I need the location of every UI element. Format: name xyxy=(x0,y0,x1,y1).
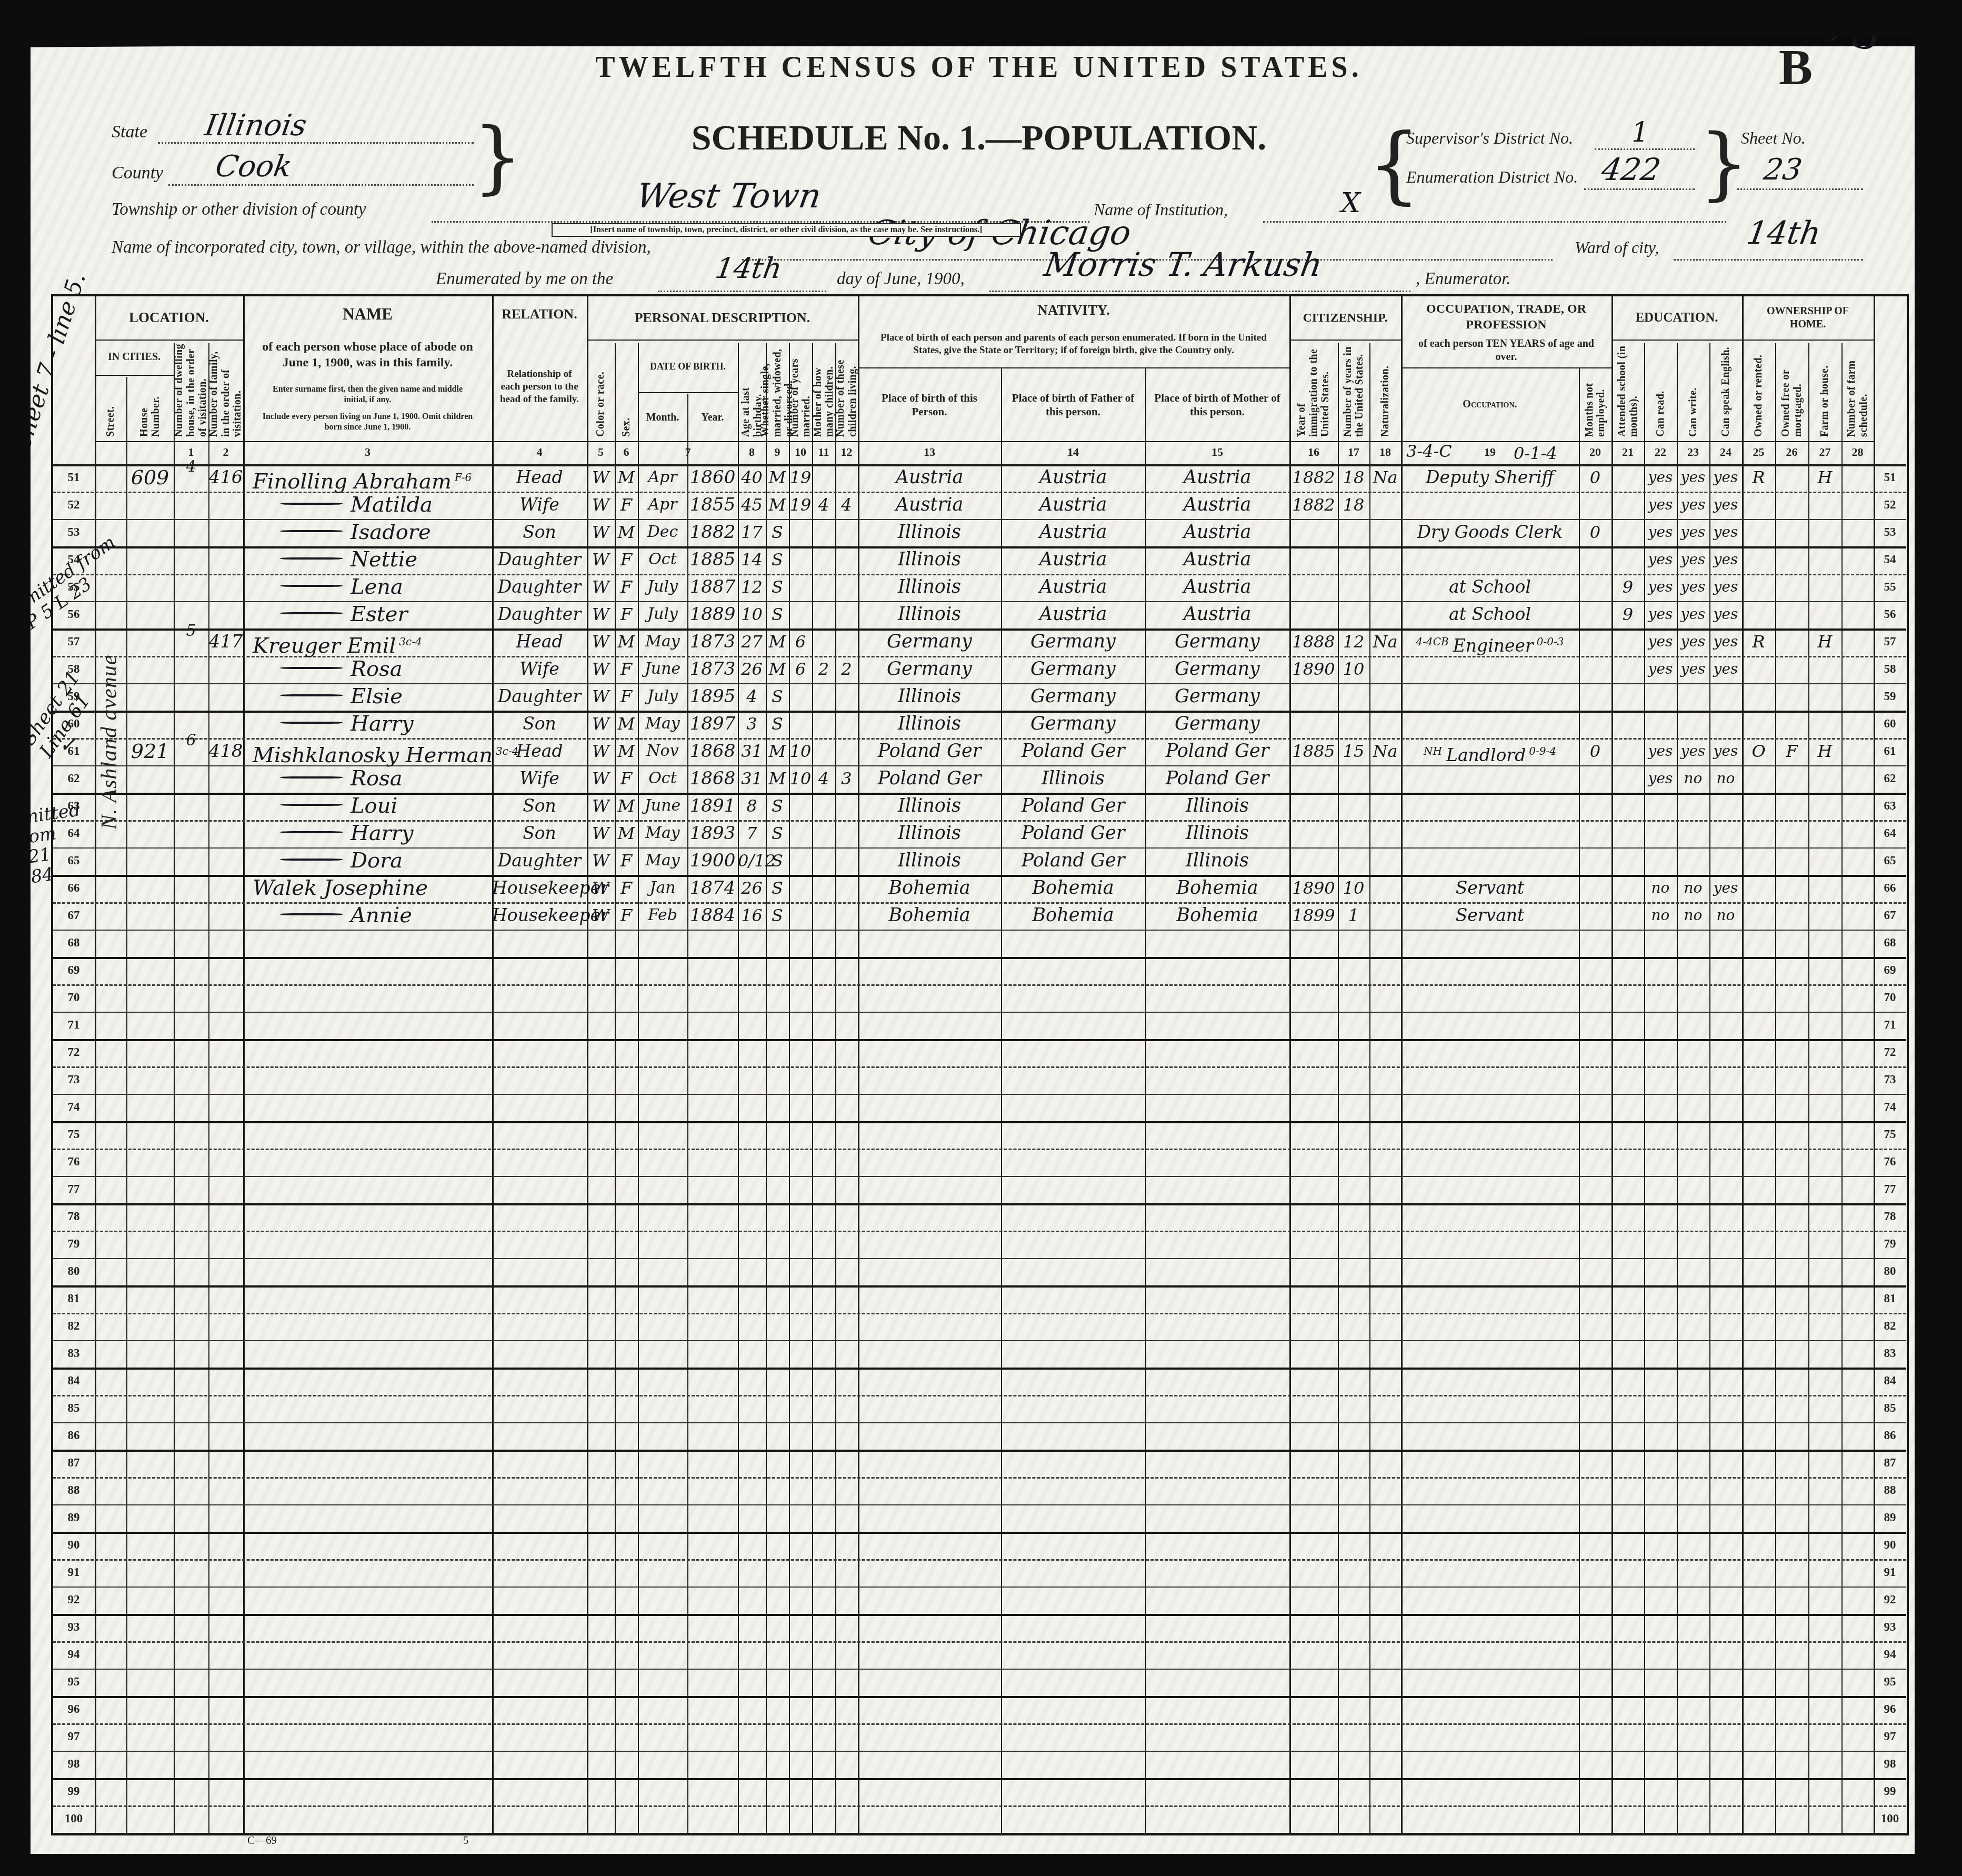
scan-edge-top xyxy=(0,0,1962,47)
cell-r58-age: 26 xyxy=(738,656,766,683)
cell-r65-color: W xyxy=(587,847,615,875)
cell-r64-relation: Son xyxy=(492,820,587,847)
cell-r67-name: Annie xyxy=(243,902,492,930)
cell-r63-pobf: Poland Ger xyxy=(1001,793,1145,820)
cell-r61-month: Nov xyxy=(638,738,687,765)
cell-r52-read: yes xyxy=(1644,492,1677,519)
ditto-mark xyxy=(280,585,343,587)
cell-r53-occ: Dry Goods Clerk xyxy=(1401,519,1579,546)
cell-r61-pob: Poland Ger xyxy=(858,738,1001,765)
cell-r59-year: 1895 xyxy=(687,683,738,711)
cell-r62-marital: M xyxy=(766,765,789,793)
ditto-mark xyxy=(280,694,343,696)
cell-r65-pob: Illinois xyxy=(858,847,1001,875)
cell-r66-english: yes xyxy=(1709,875,1742,902)
cell-r62-age: 31 xyxy=(738,765,766,793)
cell-r55-english: yes xyxy=(1709,574,1742,601)
scan-edge-right xyxy=(1915,0,1962,1876)
cell-r66-marital: S xyxy=(766,875,789,902)
cell-r56-year: 1889 xyxy=(687,601,738,628)
cell-r54-pobm: Austria xyxy=(1145,546,1289,574)
cell-r62-mother: 4 xyxy=(812,765,835,793)
cell-r66-name: Walek Josephine xyxy=(243,875,492,902)
supervisor-value: 1 xyxy=(1631,117,1649,148)
cell-r56-pob: Illinois xyxy=(858,601,1001,628)
cell-r55-month: July xyxy=(638,574,687,601)
cell-r58-name: Rosa xyxy=(243,656,492,683)
cell-r67-pob: Bohemia xyxy=(858,902,1001,930)
cell-r66-pobm: Bohemia xyxy=(1145,875,1289,902)
cell-r53-year: 1882 xyxy=(687,519,738,546)
cell-r62-living: 3 xyxy=(835,765,858,793)
cell-r56-month: July xyxy=(638,601,687,628)
cell-r65-pobm: Illinois xyxy=(1145,847,1289,875)
cell-r63-name: Loui xyxy=(243,793,492,820)
cell-r62-sex: F xyxy=(615,765,638,793)
cell-r55-year: 1887 xyxy=(687,574,738,601)
cell-r60-color: W xyxy=(587,711,615,738)
cell-r58-sex: F xyxy=(615,656,638,683)
cell-r53-age: 17 xyxy=(738,519,766,546)
cell-r66-read: no xyxy=(1644,875,1677,902)
cell-r51-relation: Head xyxy=(492,464,587,492)
cell-r52-age: 45 xyxy=(738,492,766,519)
cell-r52-month: Apr xyxy=(638,492,687,519)
cell-r51-pob: Austria xyxy=(858,464,1001,492)
cell-r56-read: yes xyxy=(1644,601,1677,628)
cell-r67-occ: Servant xyxy=(1401,902,1579,930)
cell-r59-sex: F xyxy=(615,683,638,711)
cell-r61-age: 31 xyxy=(738,738,766,765)
cell-r64-pob: Illinois xyxy=(858,820,1001,847)
scan-edge-bottom xyxy=(0,1854,1962,1876)
cell-r57-age: 27 xyxy=(738,628,766,656)
ditto-mark xyxy=(280,503,343,505)
cell-r63-relation: Son xyxy=(492,793,587,820)
cell-r67-sex: F xyxy=(615,902,638,930)
cell-r54-age: 14 xyxy=(738,546,766,574)
cell-r66-month: Jan xyxy=(638,875,687,902)
cell-r58-living: 2 xyxy=(835,656,858,683)
cell-r61-relation: Head xyxy=(492,738,587,765)
cell-r66-year: 1874 xyxy=(687,875,738,902)
sheet-label: Sheet No. xyxy=(1741,128,1806,148)
state-county-brace: } xyxy=(473,112,523,203)
institution-value: X xyxy=(1341,187,1360,219)
cell-r51-yrsmar: 19 xyxy=(789,464,812,492)
cell-r57-pobf: Germany xyxy=(1001,628,1145,656)
cell-r60-relation: Son xyxy=(492,711,587,738)
cell-r67-pobm: Bohemia xyxy=(1145,902,1289,930)
cell-r51-pobm: Austria xyxy=(1145,464,1289,492)
cell-r58-pobf: Germany xyxy=(1001,656,1145,683)
cell-r58-english: yes xyxy=(1709,656,1742,683)
cell-r59-name: Elsie xyxy=(243,683,492,711)
cell-r55-pob: Illinois xyxy=(858,574,1001,601)
cell-r56-marital: S xyxy=(766,601,789,628)
cell-r55-age: 12 xyxy=(738,574,766,601)
cell-r51-owned: R xyxy=(1742,464,1775,492)
cell-r65-month: May xyxy=(638,847,687,875)
cell-r52-sex: F xyxy=(615,492,638,519)
cell-r62-pobf: Illinois xyxy=(1001,765,1145,793)
cell-r53-unemp: 0 xyxy=(1579,519,1611,546)
cell-r57-immig: 1888 xyxy=(1289,628,1338,656)
cell-r52-year: 1855 xyxy=(687,492,738,519)
cell-r66-sex: F xyxy=(615,875,638,902)
enumerator-name: Morris T. Arkush xyxy=(1042,245,1325,284)
cell-r53-write: yes xyxy=(1677,519,1709,546)
cell-r57-dwell: 5 xyxy=(174,618,208,645)
institution-line xyxy=(1263,221,1726,223)
cell-r61-english: yes xyxy=(1709,738,1742,765)
cell-r52-marital: M xyxy=(766,492,789,519)
cell-r57-owned: R xyxy=(1742,628,1775,656)
cell-r56-pobf: Austria xyxy=(1001,601,1145,628)
cell-r60-pobf: Germany xyxy=(1001,711,1145,738)
ditto-mark xyxy=(280,859,343,861)
cell-r63-marital: S xyxy=(766,793,789,820)
cell-r61-marital: M xyxy=(766,738,789,765)
cell-r56-write: yes xyxy=(1677,601,1709,628)
cell-r51-color: W xyxy=(587,464,615,492)
ditto-mark xyxy=(280,667,343,669)
cell-r53-pob: Illinois xyxy=(858,519,1001,546)
cell-r59-marital: S xyxy=(766,683,789,711)
cell-r53-pobf: Austria xyxy=(1001,519,1145,546)
cell-r58-pob: Germany xyxy=(858,656,1001,683)
cell-r61-dwell: 6 xyxy=(174,727,208,755)
state-value: Illinois xyxy=(203,108,309,143)
cell-r61-nat: Na xyxy=(1369,738,1401,765)
cell-r56-color: W xyxy=(587,601,615,628)
enum-day-value: 14th xyxy=(713,252,784,285)
cell-r57-month: May xyxy=(638,628,687,656)
cell-r51-nat: Na xyxy=(1369,464,1401,492)
cell-r51-unemp: 0 xyxy=(1579,464,1611,492)
cell-r67-pobf: Bohemia xyxy=(1001,902,1145,930)
cell-r61-immig: 1885 xyxy=(1289,738,1338,765)
ditto-mark xyxy=(280,776,343,779)
cell-r59-relation: Daughter xyxy=(492,683,587,711)
cell-r53-english: yes xyxy=(1709,519,1742,546)
cell-r51-family: 416 xyxy=(208,464,243,492)
cell-r52-name: Matilda xyxy=(243,492,492,519)
occupation-annotation: 4-4CB xyxy=(1416,635,1448,648)
cell-r55-sex: F xyxy=(615,574,638,601)
cell-r67-write: no xyxy=(1677,902,1709,930)
cell-r60-year: 1897 xyxy=(687,711,738,738)
cell-r51-age: 40 xyxy=(738,464,766,492)
cell-r65-sex: F xyxy=(615,847,638,875)
cell-r57-nat: Na xyxy=(1369,628,1401,656)
ditto-mark xyxy=(280,831,343,833)
cell-r53-pobm: Austria xyxy=(1145,519,1289,546)
cell-r54-month: Oct xyxy=(638,546,687,574)
cell-r52-living: 4 xyxy=(835,492,858,519)
cell-r63-pobm: Illinois xyxy=(1145,793,1289,820)
cell-r52-immig: 1882 xyxy=(1289,492,1338,519)
cell-r55-school: 9 xyxy=(1611,574,1644,601)
cell-r61-write: yes xyxy=(1677,738,1709,765)
ditto-mark xyxy=(280,913,343,915)
cell-r57-family: 417 xyxy=(208,628,243,656)
cell-r54-relation: Daughter xyxy=(492,546,587,574)
cell-r63-month: June xyxy=(638,793,687,820)
occupation-annotation: 0-0-3 xyxy=(1537,635,1564,648)
cell-r54-sex: F xyxy=(615,546,638,574)
cell-r56-sex: F xyxy=(615,601,638,628)
cell-r52-yrsus: 18 xyxy=(1338,492,1369,519)
cell-r62-pob: Poland Ger xyxy=(858,765,1001,793)
cell-r55-pobf: Austria xyxy=(1001,574,1145,601)
cell-r64-pobf: Poland Ger xyxy=(1001,820,1145,847)
enumerated-label: Enumerated by me on the xyxy=(436,270,613,289)
cell-r64-marital: S xyxy=(766,820,789,847)
cell-r66-color: W xyxy=(587,875,615,902)
cell-r66-age: 26 xyxy=(738,875,766,902)
cell-r67-yrsus: 1 xyxy=(1338,902,1369,930)
cell-r51-house: 609 xyxy=(126,464,174,492)
cell-r61-yrsus: 15 xyxy=(1338,738,1369,765)
cell-r61-read: yes xyxy=(1644,738,1677,765)
cell-r57-farmhouse: H xyxy=(1808,628,1841,656)
cell-r54-english: yes xyxy=(1709,546,1742,574)
name-annotation: F-6 xyxy=(455,471,472,484)
enumerated-label3: , Enumerator. xyxy=(1416,270,1511,289)
cell-r61-family: 418 xyxy=(208,738,243,765)
cell-r58-color: W xyxy=(587,656,615,683)
cell-r56-english: yes xyxy=(1709,601,1742,628)
cell-r52-english: yes xyxy=(1709,492,1742,519)
cell-r51-year: 1860 xyxy=(687,464,738,492)
cell-r51-dwell: 4 xyxy=(174,454,208,481)
cell-r53-marital: S xyxy=(766,519,789,546)
cell-r62-name: Rosa xyxy=(243,765,492,793)
cell-r58-mother: 2 xyxy=(812,656,835,683)
cell-r54-pobf: Austria xyxy=(1001,546,1145,574)
cell-r60-age: 3 xyxy=(738,711,766,738)
cell-r55-name: Lena xyxy=(243,574,492,601)
cell-r67-year: 1884 xyxy=(687,902,738,930)
cell-r56-school: 9 xyxy=(1611,601,1644,628)
cell-r55-write: yes xyxy=(1677,574,1709,601)
page-title: TWELFTH CENSUS OF THE UNITED STATES. xyxy=(463,51,1495,84)
cell-r58-immig: 1890 xyxy=(1289,656,1338,683)
cell-r59-pobf: Germany xyxy=(1001,683,1145,711)
cell-r55-pobm: Austria xyxy=(1145,574,1289,601)
cell-r57-yrsus: 12 xyxy=(1338,628,1369,656)
county-value: Cook xyxy=(213,149,295,184)
cell-r58-yrsus: 10 xyxy=(1338,656,1369,683)
cell-r61-name: Mishklanosky Herman3c-4 xyxy=(243,738,492,765)
numrow-annotation-left: 3-4-C xyxy=(1406,441,1452,461)
cell-r62-write: no xyxy=(1677,765,1709,793)
cell-r62-pobm: Poland Ger xyxy=(1145,765,1289,793)
scan-edge-left xyxy=(0,0,31,1876)
cell-r58-marital: M xyxy=(766,656,789,683)
footer-number: 5 xyxy=(463,1834,469,1847)
cell-r58-write: yes xyxy=(1677,656,1709,683)
cell-r60-sex: M xyxy=(615,711,638,738)
cell-r51-name: Finolling AbrahamF-6 xyxy=(243,464,492,492)
cell-r51-farmhouse: H xyxy=(1808,464,1841,492)
cell-r64-age: 7 xyxy=(738,820,766,847)
cell-r66-relation: Housekeeper xyxy=(492,875,587,902)
cell-r61-yrsmar: 10 xyxy=(789,738,812,765)
cell-r57-pobm: Germany xyxy=(1145,628,1289,656)
cell-r61-house: 921 xyxy=(126,738,174,765)
cell-r64-pobm: Illinois xyxy=(1145,820,1289,847)
cell-r53-month: Dec xyxy=(638,519,687,546)
cell-r52-relation: Wife xyxy=(492,492,587,519)
cell-r67-english: no xyxy=(1709,902,1742,930)
cell-r62-month: Oct xyxy=(638,765,687,793)
numrow-annotation-right: 0-1-4 xyxy=(1514,443,1557,463)
cell-r65-age: 0/12 xyxy=(738,847,766,875)
cell-r64-name: Harry xyxy=(243,820,492,847)
cell-r56-relation: Daughter xyxy=(492,601,587,628)
enum-day-line xyxy=(658,291,826,292)
cell-r57-english: yes xyxy=(1709,628,1742,656)
occupation-annotation: NH xyxy=(1424,745,1442,757)
cell-r59-color: W xyxy=(587,683,615,711)
cell-r52-pobf: Austria xyxy=(1001,492,1145,519)
cell-r54-pob: Illinois xyxy=(858,546,1001,574)
cell-r62-year: 1868 xyxy=(687,765,738,793)
enumeration-line xyxy=(1584,188,1695,190)
supervisor-label: Supervisor's District No. xyxy=(1406,128,1573,148)
cell-r64-sex: M xyxy=(615,820,638,847)
sheet-value: 23 xyxy=(1761,153,1805,187)
cell-r67-read: no xyxy=(1644,902,1677,930)
cell-r58-month: June xyxy=(638,656,687,683)
cell-r60-pobm: Germany xyxy=(1145,711,1289,738)
cell-r61-occ: NHLandlord0-9-4 xyxy=(1401,738,1579,765)
cell-r53-name: Isadore xyxy=(243,519,492,546)
ditto-mark xyxy=(280,804,343,806)
cell-r51-read: yes xyxy=(1644,464,1677,492)
cell-r52-mother: 4 xyxy=(812,492,835,519)
ward-value: 14th xyxy=(1744,215,1823,252)
enumerated-label2: day of June, 1900, xyxy=(837,270,965,289)
cell-r57-pob: Germany xyxy=(858,628,1001,656)
cell-r59-month: July xyxy=(638,683,687,711)
cell-r55-relation: Daughter xyxy=(492,574,587,601)
cell-r54-color: W xyxy=(587,546,615,574)
cell-r58-read: yes xyxy=(1644,656,1677,683)
cell-r57-write: yes xyxy=(1677,628,1709,656)
township-note: [Insert name of township, town, precinct… xyxy=(553,224,1020,236)
cell-r63-year: 1891 xyxy=(687,793,738,820)
cell-r66-write: no xyxy=(1677,875,1709,902)
cell-r61-owned: O xyxy=(1742,738,1775,765)
cell-r56-occ: at School xyxy=(1401,601,1579,628)
cell-r60-month: May xyxy=(638,711,687,738)
enumeration-label: Enumeration District No. xyxy=(1406,167,1578,187)
cell-r66-occ: Servant xyxy=(1401,875,1579,902)
census-scan-page: 7—224. TWELFTH CENSUS OF THE UNITED STAT… xyxy=(0,0,1962,1876)
cell-r51-write: yes xyxy=(1677,464,1709,492)
cell-r66-yrsus: 10 xyxy=(1338,875,1369,902)
cell-r61-unemp: 0 xyxy=(1579,738,1611,765)
cell-r54-name: Nettie xyxy=(243,546,492,574)
cell-r54-marital: S xyxy=(766,546,789,574)
cell-r55-color: W xyxy=(587,574,615,601)
cell-r57-read: yes xyxy=(1644,628,1677,656)
cell-r57-yrsmar: 6 xyxy=(789,628,812,656)
cell-r56-name: Ester xyxy=(243,601,492,628)
cell-r64-year: 1893 xyxy=(687,820,738,847)
cell-r57-name: Kreuger Emil3c-4 xyxy=(243,628,492,656)
street-name-vertical: N. Ashland avenue xyxy=(94,474,126,832)
cell-r63-sex: M xyxy=(615,793,638,820)
name-annotation: 3c-4 xyxy=(399,635,422,648)
cell-r57-year: 1873 xyxy=(687,628,738,656)
cell-r65-pobf: Poland Ger xyxy=(1001,847,1145,875)
cell-r65-name: Dora xyxy=(243,847,492,875)
cell-r51-marital: M xyxy=(766,464,789,492)
enumeration-value: 422 xyxy=(1599,152,1663,187)
cell-r57-marital: M xyxy=(766,628,789,656)
cell-r63-color: W xyxy=(587,793,615,820)
cell-r62-yrsmar: 10 xyxy=(789,765,812,793)
cell-r61-farmhouse: H xyxy=(1808,738,1841,765)
cell-r59-pobm: Germany xyxy=(1145,683,1289,711)
cell-r67-month: Feb xyxy=(638,902,687,930)
cell-r54-read: yes xyxy=(1644,546,1677,574)
ditto-mark xyxy=(280,722,343,724)
cell-r55-marital: S xyxy=(766,574,789,601)
cell-r65-marital: S xyxy=(766,847,789,875)
cell-r62-read: yes xyxy=(1644,765,1677,793)
schedule-title: SCHEDULE No. 1.—POPULATION. xyxy=(605,117,1353,158)
ward-line xyxy=(1674,259,1863,261)
cell-r61-sex: M xyxy=(615,738,638,765)
cell-r61-color: W xyxy=(587,738,615,765)
cell-r66-immig: 1890 xyxy=(1289,875,1338,902)
cell-r53-sex: M xyxy=(615,519,638,546)
footer-code: C—69 xyxy=(247,1834,277,1847)
cell-r59-age: 4 xyxy=(738,683,766,711)
cell-r53-color: W xyxy=(587,519,615,546)
cell-r51-occ: Deputy Sheriff xyxy=(1401,464,1579,492)
township-label: Township or other division of county xyxy=(112,200,366,219)
cell-r61-freemort: F xyxy=(1775,738,1808,765)
cell-r62-relation: Wife xyxy=(492,765,587,793)
enumerator-line xyxy=(989,291,1410,292)
margin-checkmark: ✓ xyxy=(59,733,77,757)
cell-r52-write: yes xyxy=(1677,492,1709,519)
cell-r63-age: 8 xyxy=(738,793,766,820)
cell-r60-marital: S xyxy=(766,711,789,738)
cell-r64-color: W xyxy=(587,820,615,847)
cell-r61-pobf: Poland Ger xyxy=(1001,738,1145,765)
cell-r53-read: yes xyxy=(1644,519,1677,546)
cell-r66-pob: Bohemia xyxy=(858,875,1001,902)
cell-r57-sex: M xyxy=(615,628,638,656)
cell-r52-pob: Austria xyxy=(858,492,1001,519)
ward-label: Ward of city, xyxy=(1575,238,1659,257)
cell-r62-english: no xyxy=(1709,765,1742,793)
cell-r62-color: W xyxy=(587,765,615,793)
cell-r58-year: 1873 xyxy=(687,656,738,683)
cell-r57-occ: 4-4CBEngineer0-0-3 xyxy=(1401,628,1579,656)
cell-r52-color: W xyxy=(587,492,615,519)
township-value: West Town xyxy=(634,177,824,216)
cell-r65-year: 1900 xyxy=(687,847,738,875)
cell-r67-marital: S xyxy=(766,902,789,930)
